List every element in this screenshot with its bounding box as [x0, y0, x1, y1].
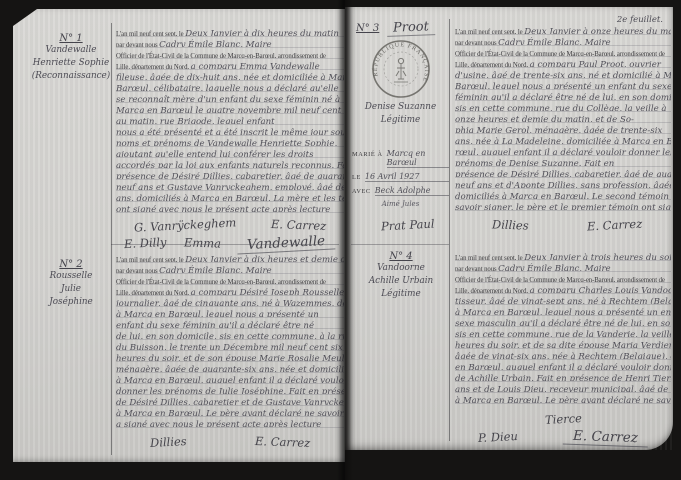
act-line: Lille, département du Nord, a comparu Ch…	[455, 283, 671, 294]
page-corner-cut	[13, 9, 37, 26]
signature-row: E. DillyEmmaVandewalle	[116, 235, 344, 252]
act-number: N° 2	[30, 259, 112, 270]
act-margin: N° 3 Proot RÉPUBLIQUE FRANÇAISE	[352, 20, 449, 208]
signature: Prat Paul	[381, 217, 435, 234]
act-line: noms et prénoms de Vandewalle Henriette …	[116, 136, 344, 147]
margin-rule-left-page	[111, 23, 112, 455]
act-line: neuf ans et d'Aponte Dillies, sans profe…	[455, 178, 671, 189]
signature: E. Carrez	[586, 217, 642, 234]
act-line: L'an mil neuf cent sept, le Deux Janvier…	[116, 252, 344, 263]
act-line: à Marcq en Barœul, lequel nous a présent…	[455, 305, 671, 316]
act-line: savoir signer, le père et le premier tém…	[455, 200, 671, 211]
act-line: rœul, auquel enfant il a déclaré vouloir…	[455, 145, 671, 156]
act-line: a signé avec nous le présent acte après …	[116, 417, 344, 428]
married-date: 16 Avril 1927	[365, 172, 449, 182]
act-line: à Marcq en Barœul. Le père ayant déclaré…	[455, 393, 671, 404]
act-line: prénoms de Denise Suzanne. Fait en	[455, 156, 671, 167]
act-line: par devant nous Cadry Émile Blanc, Maire	[116, 37, 344, 48]
signature: Dillies	[150, 434, 187, 450]
act-line: phia Marie Gerol, ménagère, âgée de tren…	[455, 123, 671, 134]
margin-line: Rousselle	[30, 270, 112, 283]
signature: E. Carrez	[563, 428, 648, 448]
act-line: âgée de vingt-six ans, née à Rechtem (Be…	[455, 349, 671, 360]
act-line: d'usine, âgé de trente-six ans, né et do…	[455, 68, 671, 79]
signature: Tierce	[544, 411, 582, 427]
act-line: L'an mil neuf cent sept, le Deux Janvier…	[116, 26, 344, 37]
act-line: du Buisson, le trente un Décembre mil ne…	[116, 340, 344, 351]
act-line: à Marcq en Barœul, lequel nous a présent…	[116, 307, 344, 318]
act-line: ans, née à La Madeleine, domiciliée à Ma…	[455, 134, 671, 145]
signature: E. Carrez	[271, 217, 327, 233]
act-line: Officier de l'État-Civil de la Commune d…	[455, 272, 671, 283]
margin-line: Légitime	[352, 114, 449, 127]
act-margin: N° 2 RousselleJulieJoséphine	[30, 259, 112, 309]
act-margin-surname: Proot	[387, 19, 435, 37]
act-line: à Marcq en Barœul. Le père ayant déclaré…	[116, 406, 344, 417]
margin-line: Vandewalle	[30, 44, 112, 57]
act-line: Barœul, lequel nous a présenté un enfant…	[455, 79, 671, 90]
act-number: N° 3	[356, 23, 379, 34]
act-line: en Barœul, auquel enfant il a déclaré vo…	[455, 360, 671, 371]
act-body: L'an mil neuf cent sept, le Deux Janvier…	[455, 24, 671, 211]
act-separator	[351, 244, 449, 245]
act-line: Officier de l'État-Civil de la Commune d…	[116, 274, 344, 285]
act-number: N° 4	[356, 251, 446, 262]
marianne-figure-icon	[394, 58, 408, 82]
act-margin-lines: VandewalleHenriette Sophie(Reconnaissanc…	[30, 44, 112, 83]
act-signatures: G. VanrÿckeghemE. CarrezE. DillyEmmaVand…	[116, 215, 344, 252]
act-body: L'an mil neuf cent sept, le Deux Janvier…	[455, 250, 671, 404]
margin-line: Achille Urbain	[356, 275, 446, 288]
act-body: L'an mil neuf cent sept, le Deux Janvier…	[116, 252, 344, 428]
act-line: Lille, département du Nord, a comparu Pa…	[455, 57, 671, 68]
act-line: ans et de Louis Dieu, receveur municipal…	[455, 382, 671, 393]
act-line: de Désiré Dillies, cabaretier et de Gust…	[116, 395, 344, 406]
act-margin: N° 1 VandewalleHenriette Sophie(Reconnai…	[30, 33, 112, 83]
republique-francaise-stamp-icon: RÉPUBLIQUE FRANÇAISE	[370, 38, 432, 100]
act-line: heures du soir, et de son épouse Marie R…	[116, 351, 344, 362]
margin-line: (Reconnaissance)	[30, 70, 112, 83]
act-signatures: Prat PaulDilliesE. Carrez	[352, 215, 671, 232]
margin-line: Denise Suzanne	[352, 101, 449, 114]
act-line: Lille, département du Nord, a comparu Dé…	[116, 285, 344, 296]
act-line: par devant nous Cadry Émile Blanc, Maire	[455, 35, 671, 46]
act-body: L'an mil neuf cent sept, le Deux Janvier…	[116, 26, 344, 213]
act-line: L'an mil neuf cent sept, le Deux Janvier…	[455, 24, 671, 35]
act-line: présence de Désiré Dillies, cabaretier, …	[455, 167, 671, 178]
marriage-mention: MARIÉ À Marcq en Barœul LE 16 Avril 1927…	[352, 149, 449, 208]
act-number: N° 1	[30, 33, 112, 44]
signature-row: DilliesE. Carrez	[116, 435, 344, 449]
act-line: ajoutant qu'elle entend lui conférer les…	[116, 147, 344, 158]
margin-line: Henriette Sophie	[30, 57, 112, 70]
act-margin: N° 4 VandoorneAchille UrbainLégitime	[356, 251, 446, 301]
act-signatures: TierceP. DieuE. Carrez	[455, 409, 671, 446]
signature: E. Carrez	[255, 434, 311, 450]
act-line: se reconnaît mère d'un enfant du sexe fé…	[116, 92, 344, 103]
married-spouse-forenames: Aimé Jules	[352, 200, 449, 208]
married-date-label: LE	[352, 174, 361, 181]
married-place: Marcq en Barœul	[387, 149, 449, 168]
signature-row: G. VanrÿckeghemE. Carrez	[116, 218, 344, 232]
act-line: Officier de l'État-Civil de la Commune d…	[455, 46, 671, 57]
act-line: onze heures et demie du matin, et de So-	[455, 112, 671, 123]
act-line: Marcq en Barœul le quatre novembre mil n…	[116, 103, 344, 114]
act-line: neuf ans et Gustave Vanryckeghem, employ…	[116, 180, 344, 191]
signature: Dillies	[492, 217, 529, 232]
margin-line: Julie	[30, 283, 112, 296]
act-line: féminin qu'il a déclaré être né de lui, …	[455, 90, 671, 101]
act-line: donner les prénoms de Julie Joséphine. F…	[116, 384, 344, 395]
act-line: heures du soir, et de sa dite épouse Mar…	[455, 338, 671, 349]
margin-line: Légitime	[356, 288, 446, 301]
register-page-right: 2e feuillet. N° 3 Proot RÉPUBLIQUE FRANÇ…	[345, 7, 673, 450]
act-line: fileuse, âgée de dix-huit ans, née et do…	[116, 70, 344, 81]
act-line: sis en cette commune, rue du Collège, la…	[455, 101, 671, 112]
act-line: présence de Désiré Dillies, cabaretier, …	[116, 169, 344, 180]
act-line: au matin, rue Brigode, lequel enfant	[116, 114, 344, 125]
margin-line: Vandoorne	[356, 262, 446, 275]
act-signatures: DilliesE. Carrez	[116, 432, 344, 449]
act-line: par devant nous Cadry Émile Blanc, Maire	[116, 263, 344, 274]
signature: P. Dieu	[477, 429, 518, 445]
act-line: enfant du sexe féminin qu'il a déclaré ê…	[116, 318, 344, 329]
act-line: tisseur, âgé de vingt-sept ans, né à Rec…	[455, 294, 671, 305]
register-scan: N° 1 VandewalleHenriette Sophie(Reconnai…	[0, 0, 681, 480]
married-with-label: AVEC	[352, 188, 371, 195]
act-line: sis en cette commune, rue de la Vanderie…	[455, 327, 671, 338]
act-line: domiciliés à Marcq en Barœul. Le second …	[455, 189, 671, 200]
act-line: Officier de l'État-Civil de la Commune d…	[116, 48, 344, 59]
act-line: accordés par la loi aux enfants naturels…	[116, 158, 344, 169]
married-spouse: Beck Adolphe	[375, 186, 449, 196]
act-line: ménagère, âgée de quarante-six ans, née …	[116, 362, 344, 373]
signature: Emma	[183, 235, 221, 250]
act-line: par devant nous Cadry Émile Blanc, Maire	[455, 261, 671, 272]
signature: E. Dilly	[124, 235, 167, 251]
act-line: nous a été présenté et a été inscrit le …	[116, 125, 344, 136]
act-line: Lille, département du Nord, a comparu Em…	[116, 59, 344, 70]
signature: G. Vanrÿckeghem	[133, 215, 236, 234]
signature-row: Tierce	[455, 412, 671, 426]
signature-row: Prat PaulDilliesE. Carrez	[352, 218, 671, 232]
act-line: sexe masculin qu'il a déclaré être né de…	[455, 316, 671, 327]
margin-line: Joséphine	[30, 296, 112, 309]
act-line: Barœul, célibataire, laquelle nous a déc…	[116, 81, 344, 92]
act-line: de lui, en son domicile, sis en cette co…	[116, 329, 344, 340]
act-margin-lines: RousselleJulieJoséphine	[30, 270, 112, 309]
act-line: ans, domiciliés à Marcq en Barœul. La mè…	[116, 191, 344, 202]
act-line: journalier, âgé de cinquante ans, né à W…	[116, 296, 344, 307]
act-margin-lines: Denise SuzanneLégitime	[352, 101, 449, 127]
act-line: à Marcq en Barœul, auquel enfant il a dé…	[116, 373, 344, 384]
act-line: L'an mil neuf cent sept, le Deux Janvier…	[455, 250, 671, 261]
register-page-left: N° 1 VandewalleHenriette Sophie(Reconnai…	[13, 9, 345, 462]
married-label: MARIÉ À	[352, 151, 383, 158]
act-margin-lines: VandoorneAchille UrbainLégitime	[356, 262, 446, 301]
signature-row: P. DieuE. Carrez	[455, 429, 671, 446]
act-line: ont signé avec nous le présent acte aprè…	[116, 202, 344, 213]
act-line: de Achille Urbain. Fait en présence de H…	[455, 371, 671, 382]
